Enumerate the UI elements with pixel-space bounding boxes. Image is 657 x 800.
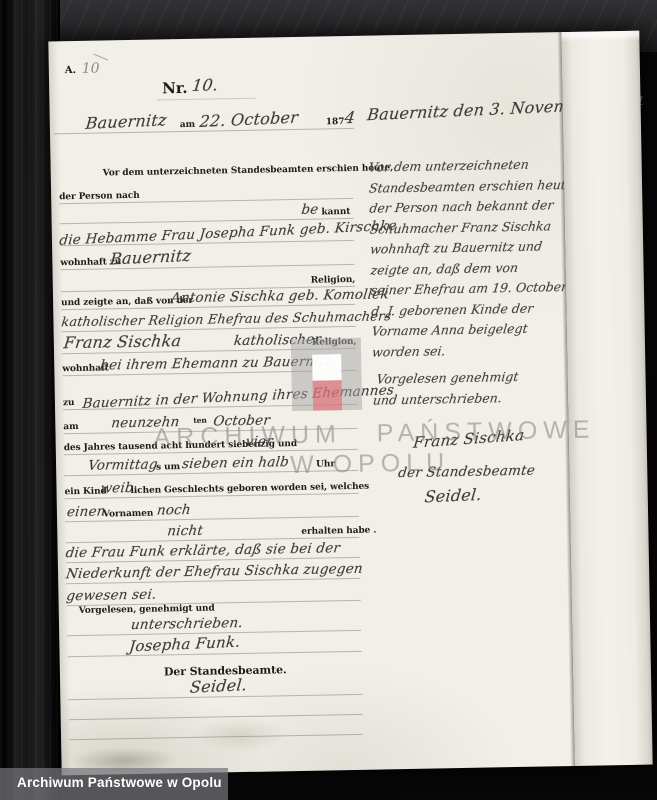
header-am-printed: am [180,120,195,130]
note-2-hand: Niederkunft der Ehefrau Sischka zugegen [65,561,364,582]
header-year-hand: 4 [344,108,357,127]
page-sheet: A. 10 Nr. 10. Bauernitz am 22. October 1… [48,32,574,775]
record-number-value: 10. [191,75,219,95]
declarant-signature: Josepha Funk. [128,633,241,656]
form-line-declarant: die Hebamme Frau Josepha Funk geb. Kirsc… [60,220,354,246]
right-note-closing: Vorgelesen genehmigt und unterschrieben. [372,366,573,411]
father-signature: Franz Sischka [412,426,525,452]
form-intro-text: Vor dem unterzeichneten Standesbeamten e… [103,163,394,178]
header-date-hand: 22. October [199,108,299,131]
residence-hand: bei ihrem Ehemann zu Bauernitz [99,353,333,373]
right-note-line: worden sei. [371,338,573,362]
archive-bar: Archiwum Państwowe w Opolu [0,768,228,800]
right-official-title: der Standesbeamte [397,463,536,482]
vorname-hand-3: nicht [166,523,204,540]
form-line-wohnhaft: wohnhaft bei ihrem Ehemann zu Bauernitz [62,350,356,376]
record-number-underline [157,98,255,101]
pencil-stroke [93,53,108,60]
scanned-register-photo: A. 10 Nr. 10. Bauernitz am 22. October 1… [0,0,657,800]
archive-bar-label: Archiwum Państwowe w Opolu [0,768,228,790]
father-religion-hand: katholischer [233,332,322,350]
time-printed: s um [156,462,180,472]
form-line-time: Vormittag s um sieben ein halb Uhr [64,450,358,476]
corner-mark-pencil: 10 [82,61,100,77]
erhalten-label: erhalten habe . [301,526,376,537]
vorname-hand-1: einen [66,503,107,520]
smudge-bottom-center [181,709,302,761]
header-year-printed: 187 [326,117,345,127]
time-hand-1: Vormittag [87,457,159,474]
vorname-label: Vornamen [103,509,153,520]
form-line-birth-place: zu Bauernitz in der Wohnung ihres Eheman… [63,384,357,410]
page-edge-strip [561,31,652,766]
form-line-child: ein Kind weib lichen Geschlechts geboren… [64,473,358,499]
uhr-label: Uhr [316,459,335,469]
child-sex-hand: weib [100,480,135,497]
header-line: Bauernitz am 22. October 187 4 [54,106,354,134]
birth-month-hand: October [212,412,271,429]
person-nach-label: der Person nach [59,191,140,202]
father-name-hand: Franz Sischka [63,331,183,352]
bekannt-hand: be [300,202,319,218]
official-signature-right: Seidel. [424,485,483,507]
zu-label: zu [63,398,75,408]
right-closing-2: und unterschrieben. [372,386,574,410]
birth-day-hand: neunzehn [110,414,180,431]
document-page: A. 10 Nr. 10. Bauernitz am 22. October 1… [48,31,652,776]
declarant-signature-line: Josepha Funk. [67,631,361,657]
right-closing-1: Vorgelesen genehmigt [375,366,573,390]
declarant-place-hand: Bauernitz [109,246,192,269]
am-label: am [63,422,78,432]
child-label-2: lichen Geschlechts geboren worden sei, w… [130,482,369,496]
unterschrieben-hand: unterschrieben. [130,615,244,633]
right-note-date-line: Bauernitz den 3. November 1874 [367,94,567,122]
form-intro: Vor dem unterzeichneten Standesbeamten e… [103,156,355,181]
corner-mark-printed: A. [65,65,76,76]
record-number-label: Nr. [162,79,187,97]
right-note-paragraph: Vor dem unterzeichneten Standesbeamten e… [369,154,573,363]
mother-name-hand: Antonie Sischka geb. Komollek [170,286,390,306]
ten-suffix: ten [193,416,207,425]
vorname-hand-2: noch [156,502,192,519]
year-line-hand: vier [245,433,274,450]
time-hand-2: sieben ein halb [181,454,290,472]
header-place-hand: Bauernitz [85,110,168,133]
religion-label-2: Religion, [312,337,357,348]
bekannt-printed: kannt [321,207,350,218]
official-signature-left: Seidel. [189,675,248,697]
